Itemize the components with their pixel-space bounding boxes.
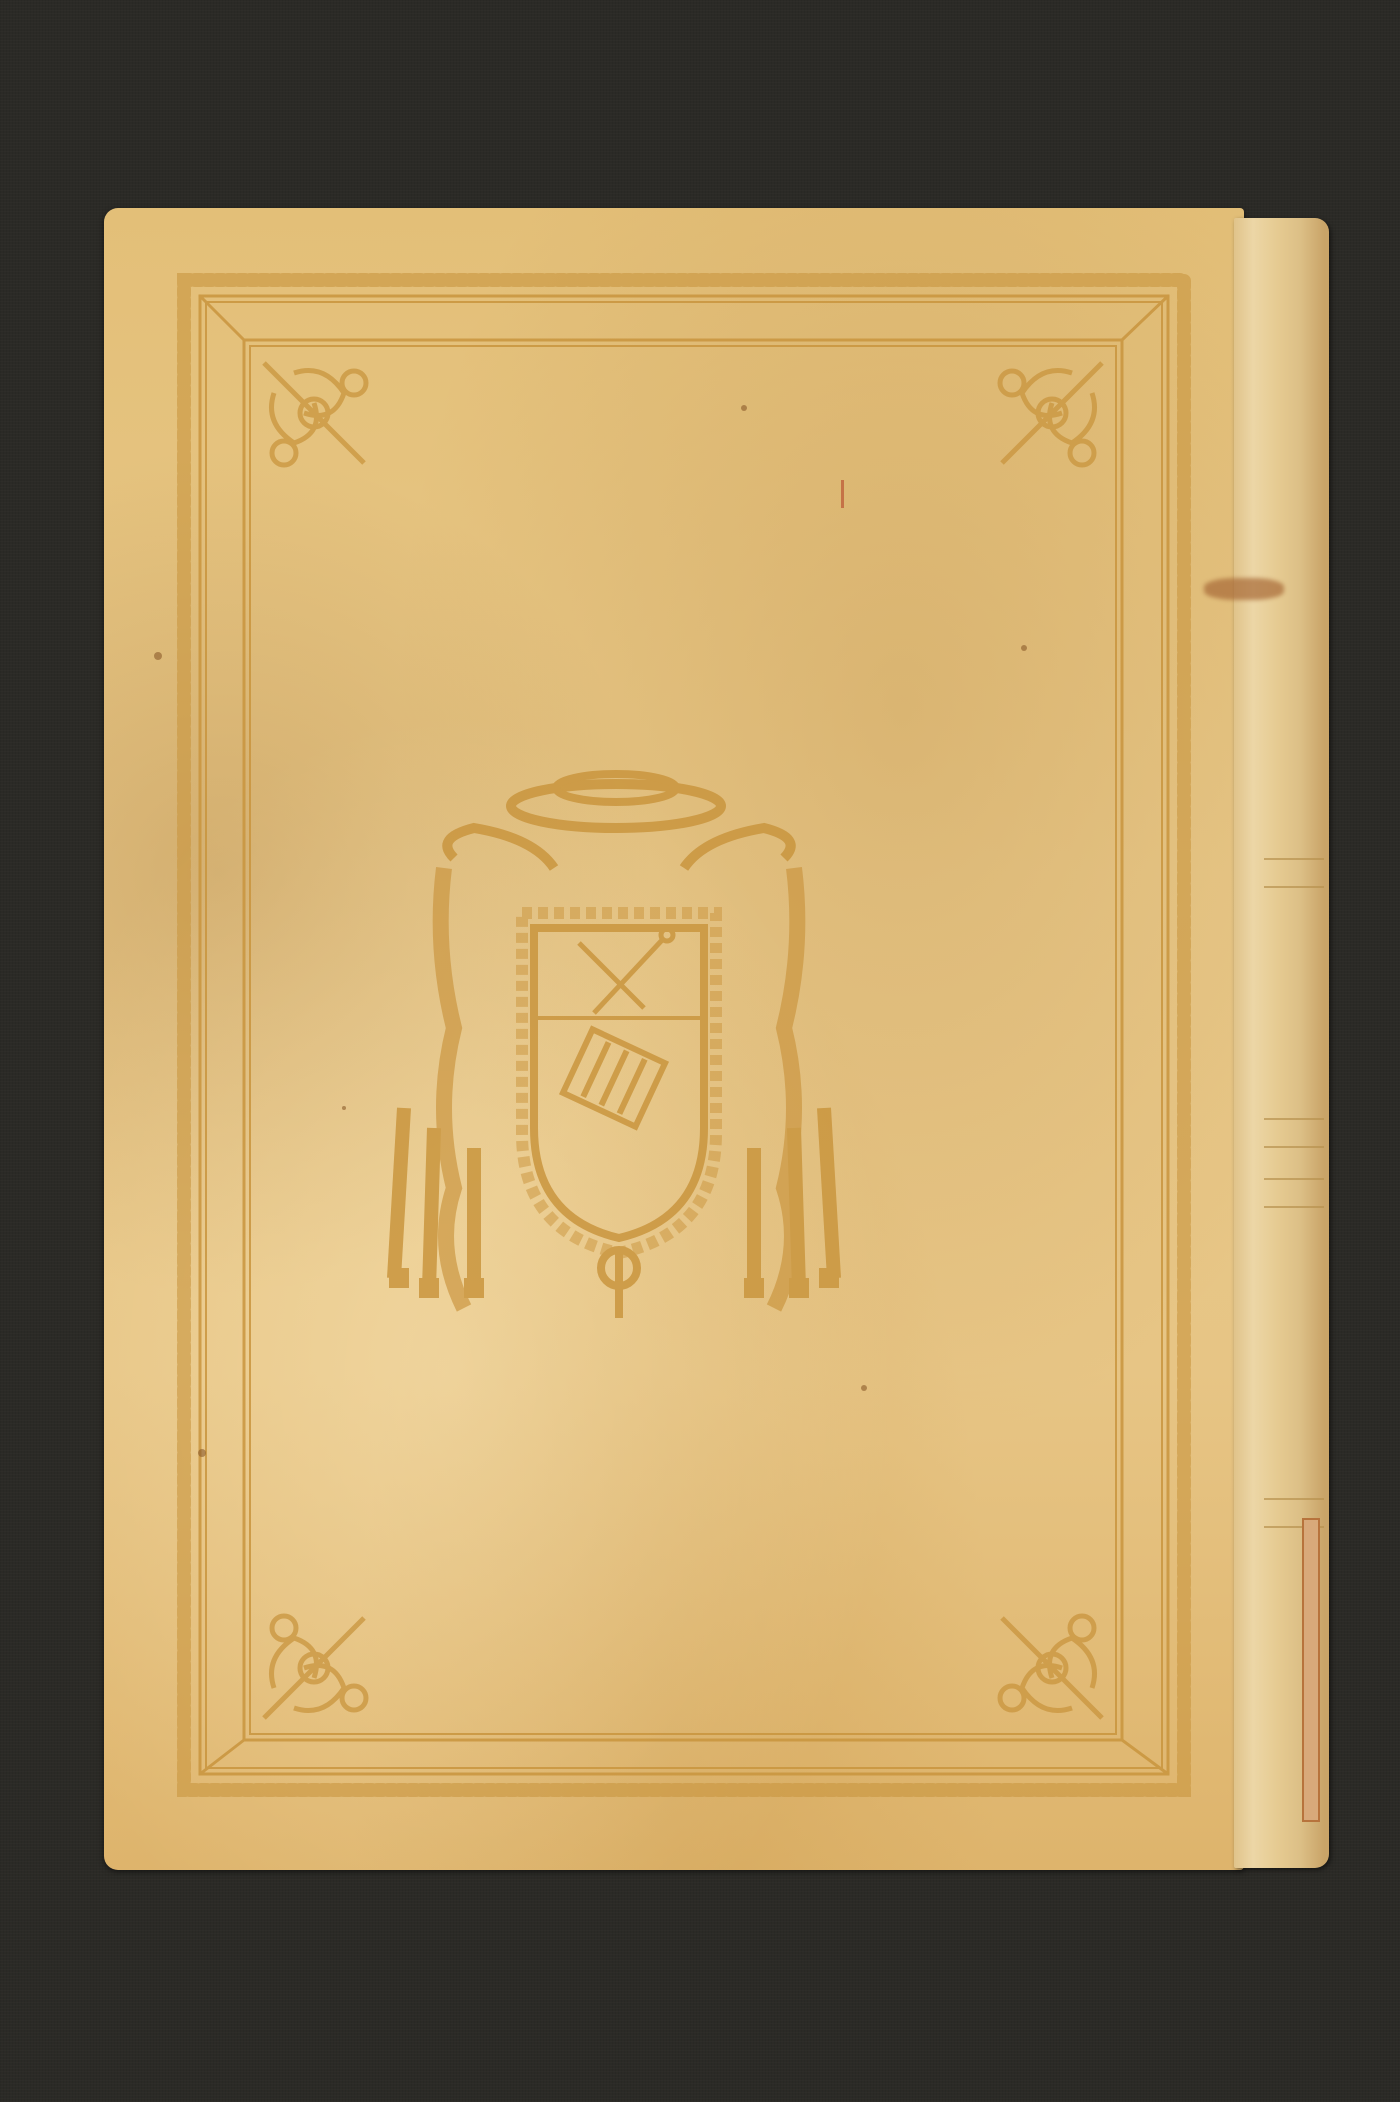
crossed-keys-icon [579,929,673,1013]
tassels-left [389,1108,484,1288]
shield [534,928,704,1238]
book-spine [1234,218,1329,1868]
spine-band [1264,858,1324,888]
corner-ornament-bottom-left [264,1616,366,1718]
book [104,208,1329,1870]
coat-of-arms [389,774,839,1318]
gilt-tooling [104,208,1244,1870]
book-charge-icon [563,1029,665,1126]
tassels-right [744,1108,839,1288]
corner-ornament-top-right [1000,363,1102,465]
spine-label [1302,1518,1320,1822]
outer-rule [200,296,1168,1774]
lace-border [184,280,1184,1790]
spine-band [1264,1118,1324,1148]
spine-band [1264,1178,1324,1208]
corner-ornament-bottom-right [1000,1616,1102,1718]
inner-rule [244,340,1122,1740]
corner-ornament-top-left [264,363,366,465]
